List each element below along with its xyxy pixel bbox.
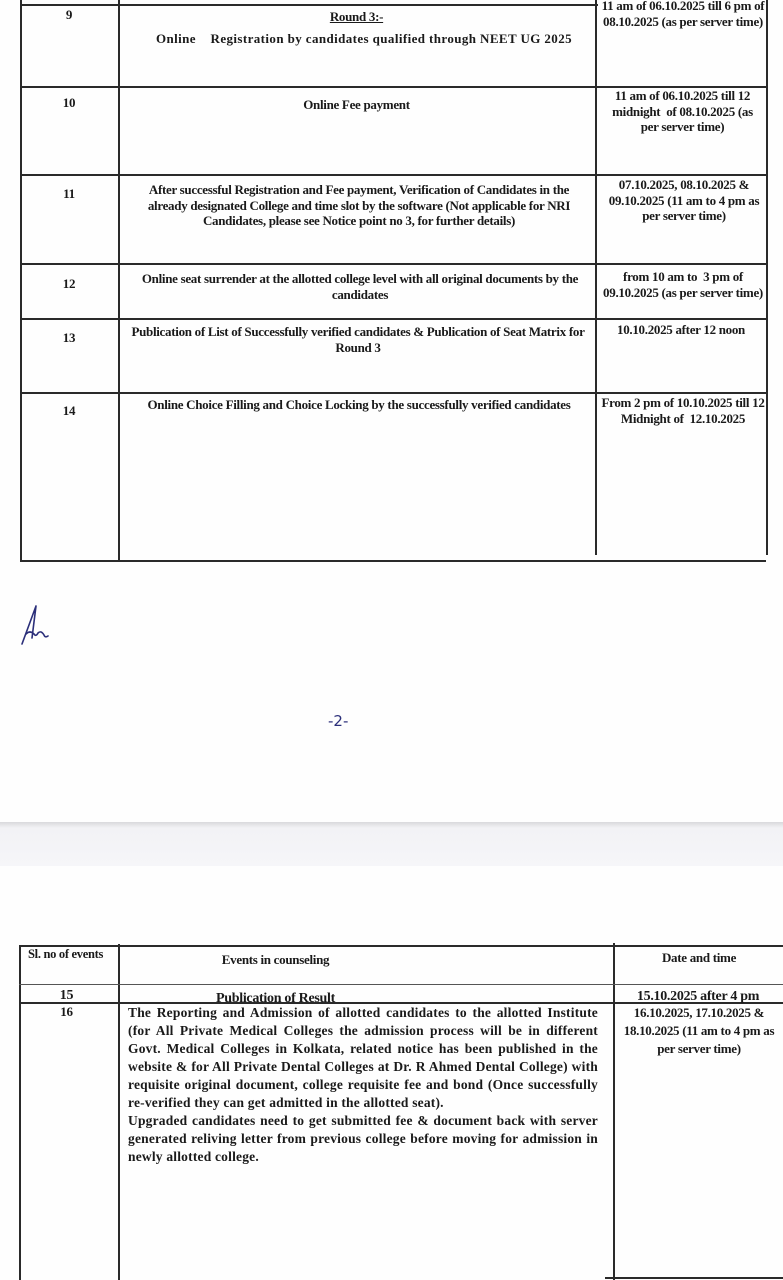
event-description: Online seat surrender at the allotted co…	[140, 271, 580, 302]
upgraded-candidates-note: Upgraded candidates need to get submitte…	[128, 1112, 598, 1166]
signature-icon	[18, 600, 54, 650]
table-border-top	[19, 945, 783, 947]
event-date: From 2 pm of 10.10.2025 till 12 Midnight…	[600, 395, 766, 426]
event-date: 11 am of 06.10.2025 till 6 pm of 08.10.2…	[598, 0, 768, 29]
sl-number: 16	[19, 1004, 114, 1020]
table-row-divider	[20, 318, 766, 320]
event-description: After successful Registration and Fee pa…	[128, 182, 590, 229]
event-description: The Reporting and Admission of allotted …	[128, 1004, 598, 1166]
table-column-divider	[118, 0, 120, 560]
table-row-divider	[605, 1277, 783, 1279]
sl-number: 9	[20, 7, 118, 23]
event-description: Online Choice Filling and Choice Locking…	[130, 397, 588, 413]
table-row-divider	[20, 4, 598, 6]
admission-procedure-text: The Reporting and Admission of allotted …	[128, 1004, 598, 1112]
event-date: 07.10.2025, 08.10.2025 & 09.10.2025 (11 …	[603, 177, 765, 224]
table-column-divider	[595, 0, 597, 555]
table-border-bottom	[20, 560, 766, 562]
column-header-event: Events in counseling	[28, 952, 523, 968]
table-row-divider	[19, 984, 783, 985]
sl-number: 12	[20, 276, 118, 292]
document-page-1: 9 Round 3:- Online Registration by candi…	[0, 0, 783, 822]
column-header-date: Date and time	[615, 950, 783, 966]
event-description: Publication of List of Successfully veri…	[124, 324, 592, 355]
event-description: Online Fee payment	[118, 97, 595, 113]
sl-number: 10	[20, 95, 118, 111]
sl-number: 11	[20, 186, 118, 202]
table-row-divider	[20, 174, 766, 176]
event-date: 11 am of 06.10.2025 till 12 midnight of …	[605, 88, 760, 135]
table-row-divider	[20, 392, 766, 394]
page-number: -2-	[328, 712, 348, 730]
event-date: 10.10.2025 after 12 noon	[610, 322, 752, 338]
table-column-divider	[613, 943, 615, 1280]
sl-number: 13	[20, 330, 118, 346]
table-border-right	[766, 0, 768, 555]
page-separator	[0, 822, 783, 867]
event-date: 16.10.2025, 17.10.2025 & 18.10.2025 (11 …	[618, 1004, 780, 1058]
event-date: from 10 am to 3 pm of 09.10.2025 (as per…	[600, 269, 766, 300]
event-heading: Round 3:-	[118, 9, 595, 25]
document-page-2: Sl. no of events Events in counseling Da…	[0, 866, 783, 1280]
table-row-divider	[20, 263, 766, 265]
round-heading: Round 3:-	[330, 9, 383, 24]
event-description: Online Registration by candidates qualif…	[140, 31, 588, 47]
sl-number: 14	[20, 403, 118, 419]
